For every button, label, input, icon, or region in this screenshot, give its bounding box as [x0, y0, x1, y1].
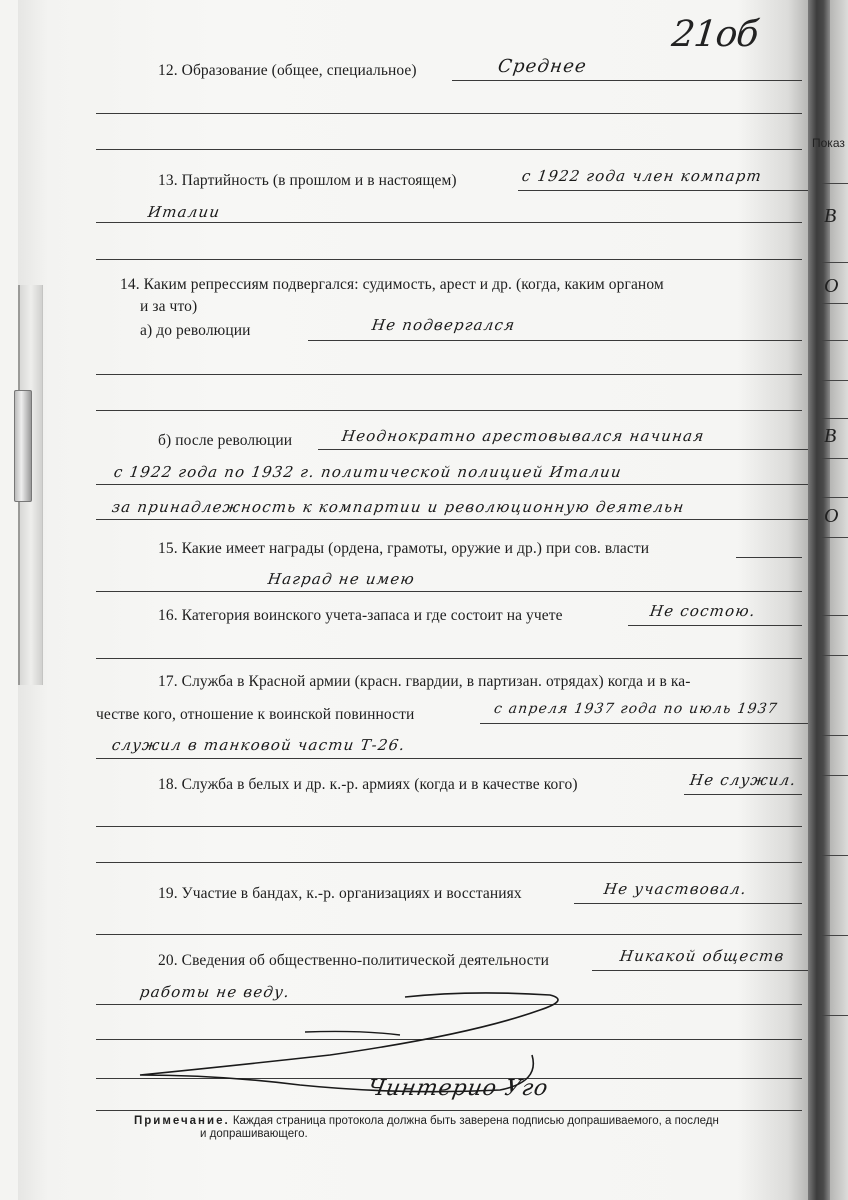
item-20-rule-2 — [96, 1004, 802, 1005]
footnote-prefix: Примечание. — [134, 1115, 230, 1127]
item-13-rule-2 — [96, 222, 802, 223]
item-14-label-line2: и за что) — [140, 298, 197, 316]
adjacent-rule — [822, 537, 848, 538]
item-15-rule-2 — [96, 591, 802, 592]
item-19-field-rule — [574, 903, 802, 904]
blank-rule — [96, 862, 802, 863]
item-14b-label: б) после революции — [158, 432, 292, 450]
adjacent-page — [830, 0, 848, 1200]
item-17-field-rule — [480, 723, 808, 724]
footnote: Примечание. Каждая страница протокола до… — [134, 1115, 719, 1127]
item-17-rule-2 — [96, 758, 802, 759]
adjacent-rule — [822, 418, 848, 419]
item-20-field-rule — [592, 970, 808, 971]
blank-rule — [96, 374, 802, 375]
adjacent-rule — [822, 655, 848, 656]
adjacent-rule — [822, 1015, 848, 1016]
adjacent-fragment: О — [824, 275, 838, 298]
item-15-answer: Наград не имею — [267, 570, 416, 588]
blank-rule — [96, 149, 802, 150]
item-15-label: 15. Какие имеет награды (ордена, грамоты… — [158, 540, 649, 558]
item-13-label: 13. Партийность (в прошлом и в настоящем… — [158, 172, 457, 190]
item-13-answer-line1: с 1922 года член компарт — [521, 167, 764, 185]
adjacent-rule — [822, 497, 848, 498]
blank-rule — [96, 934, 802, 935]
item-14b-rule-2 — [96, 484, 808, 485]
item-16-answer: Не состою. — [649, 602, 757, 620]
adjacent-page-header: Показ — [812, 136, 845, 150]
item-14a-field-rule — [308, 340, 802, 341]
item-14-label-line1: 14. Каким репрессиям подвергался: судимо… — [120, 276, 664, 294]
blank-rule — [96, 658, 802, 659]
item-12-answer: Среднее — [497, 56, 589, 77]
blank-rule — [96, 113, 802, 114]
adjacent-fragment: О — [824, 505, 838, 528]
footnote-text: Каждая страница протокола должна быть за… — [233, 1115, 719, 1127]
adjacent-rule — [822, 340, 848, 341]
item-16-label: 16. Категория воинского учета-запаса и г… — [158, 607, 563, 625]
item-15-field-rule — [736, 557, 802, 558]
item-14b-answer-line3: за принадлежность к компартии и революци… — [111, 498, 686, 516]
item-14b-answer-line1: Неоднократно арестовывался начиная — [341, 427, 706, 445]
item-17-label-line1: 17. Служба в Красной армии (красн. гвард… — [158, 673, 691, 691]
page-number: 21об — [670, 14, 760, 55]
item-20-label: 20. Сведения об общественно-политической… — [158, 952, 549, 970]
item-14a-label: а) до революции — [140, 322, 251, 340]
adjacent-fragment: В — [824, 425, 836, 448]
item-17-answer-line1: с апреля 1937 года по июль 1937 — [493, 701, 779, 717]
item-19-label: 19. Участие в бандах, к.-р. организациях… — [158, 885, 522, 903]
item-12-label: 12. Образование (общее, специальное) — [158, 62, 417, 80]
item-19-answer: Не участвовал. — [603, 880, 748, 898]
item-18-answer: Не служил. — [689, 771, 798, 789]
adjacent-rule — [822, 935, 848, 936]
item-20-answer-line2: работы не веду. — [139, 983, 292, 1001]
adjacent-rule — [822, 855, 848, 856]
item-12-field-rule — [452, 80, 802, 81]
item-20-answer-line1: Никакой обществ — [619, 947, 786, 965]
blank-rule — [96, 410, 802, 411]
blank-rule — [96, 259, 802, 260]
signature-rule — [96, 1110, 802, 1111]
item-14b-answer-line2: с 1922 года по 1932 г. политической поли… — [113, 463, 623, 481]
adjacent-rule — [822, 183, 848, 184]
item-18-label: 18. Служба в белых и др. к.-р. армиях (к… — [158, 776, 578, 794]
item-17-answer-line2: служил в танковой части Т-26. — [111, 736, 407, 754]
adjacent-rule — [822, 303, 848, 304]
item-18-field-rule — [684, 794, 802, 795]
adjacent-rule — [822, 458, 848, 459]
item-17-label-line2: честве кого, отношение к воинской повинн… — [96, 706, 414, 724]
blank-rule — [96, 1039, 802, 1040]
signature: Чинтерио Уго — [366, 1076, 551, 1101]
item-14b-field-rule — [318, 449, 808, 450]
adjacent-rule — [822, 735, 848, 736]
binding-staple — [14, 390, 32, 502]
item-14a-answer: Не подвергался — [371, 316, 517, 334]
item-14b-rule-3 — [96, 519, 808, 520]
footnote-line2: и допрашивающего. — [200, 1128, 308, 1140]
adjacent-rule — [822, 775, 848, 776]
adjacent-rule — [822, 615, 848, 616]
item-16-field-rule — [628, 625, 802, 626]
blank-rule — [96, 826, 802, 827]
item-13-answer-line2: Италии — [147, 203, 222, 221]
adjacent-rule — [822, 380, 848, 381]
adjacent-rule — [822, 262, 848, 263]
adjacent-fragment: В — [824, 205, 836, 228]
item-13-field-rule — [518, 190, 808, 191]
page-gutter — [808, 0, 830, 1200]
